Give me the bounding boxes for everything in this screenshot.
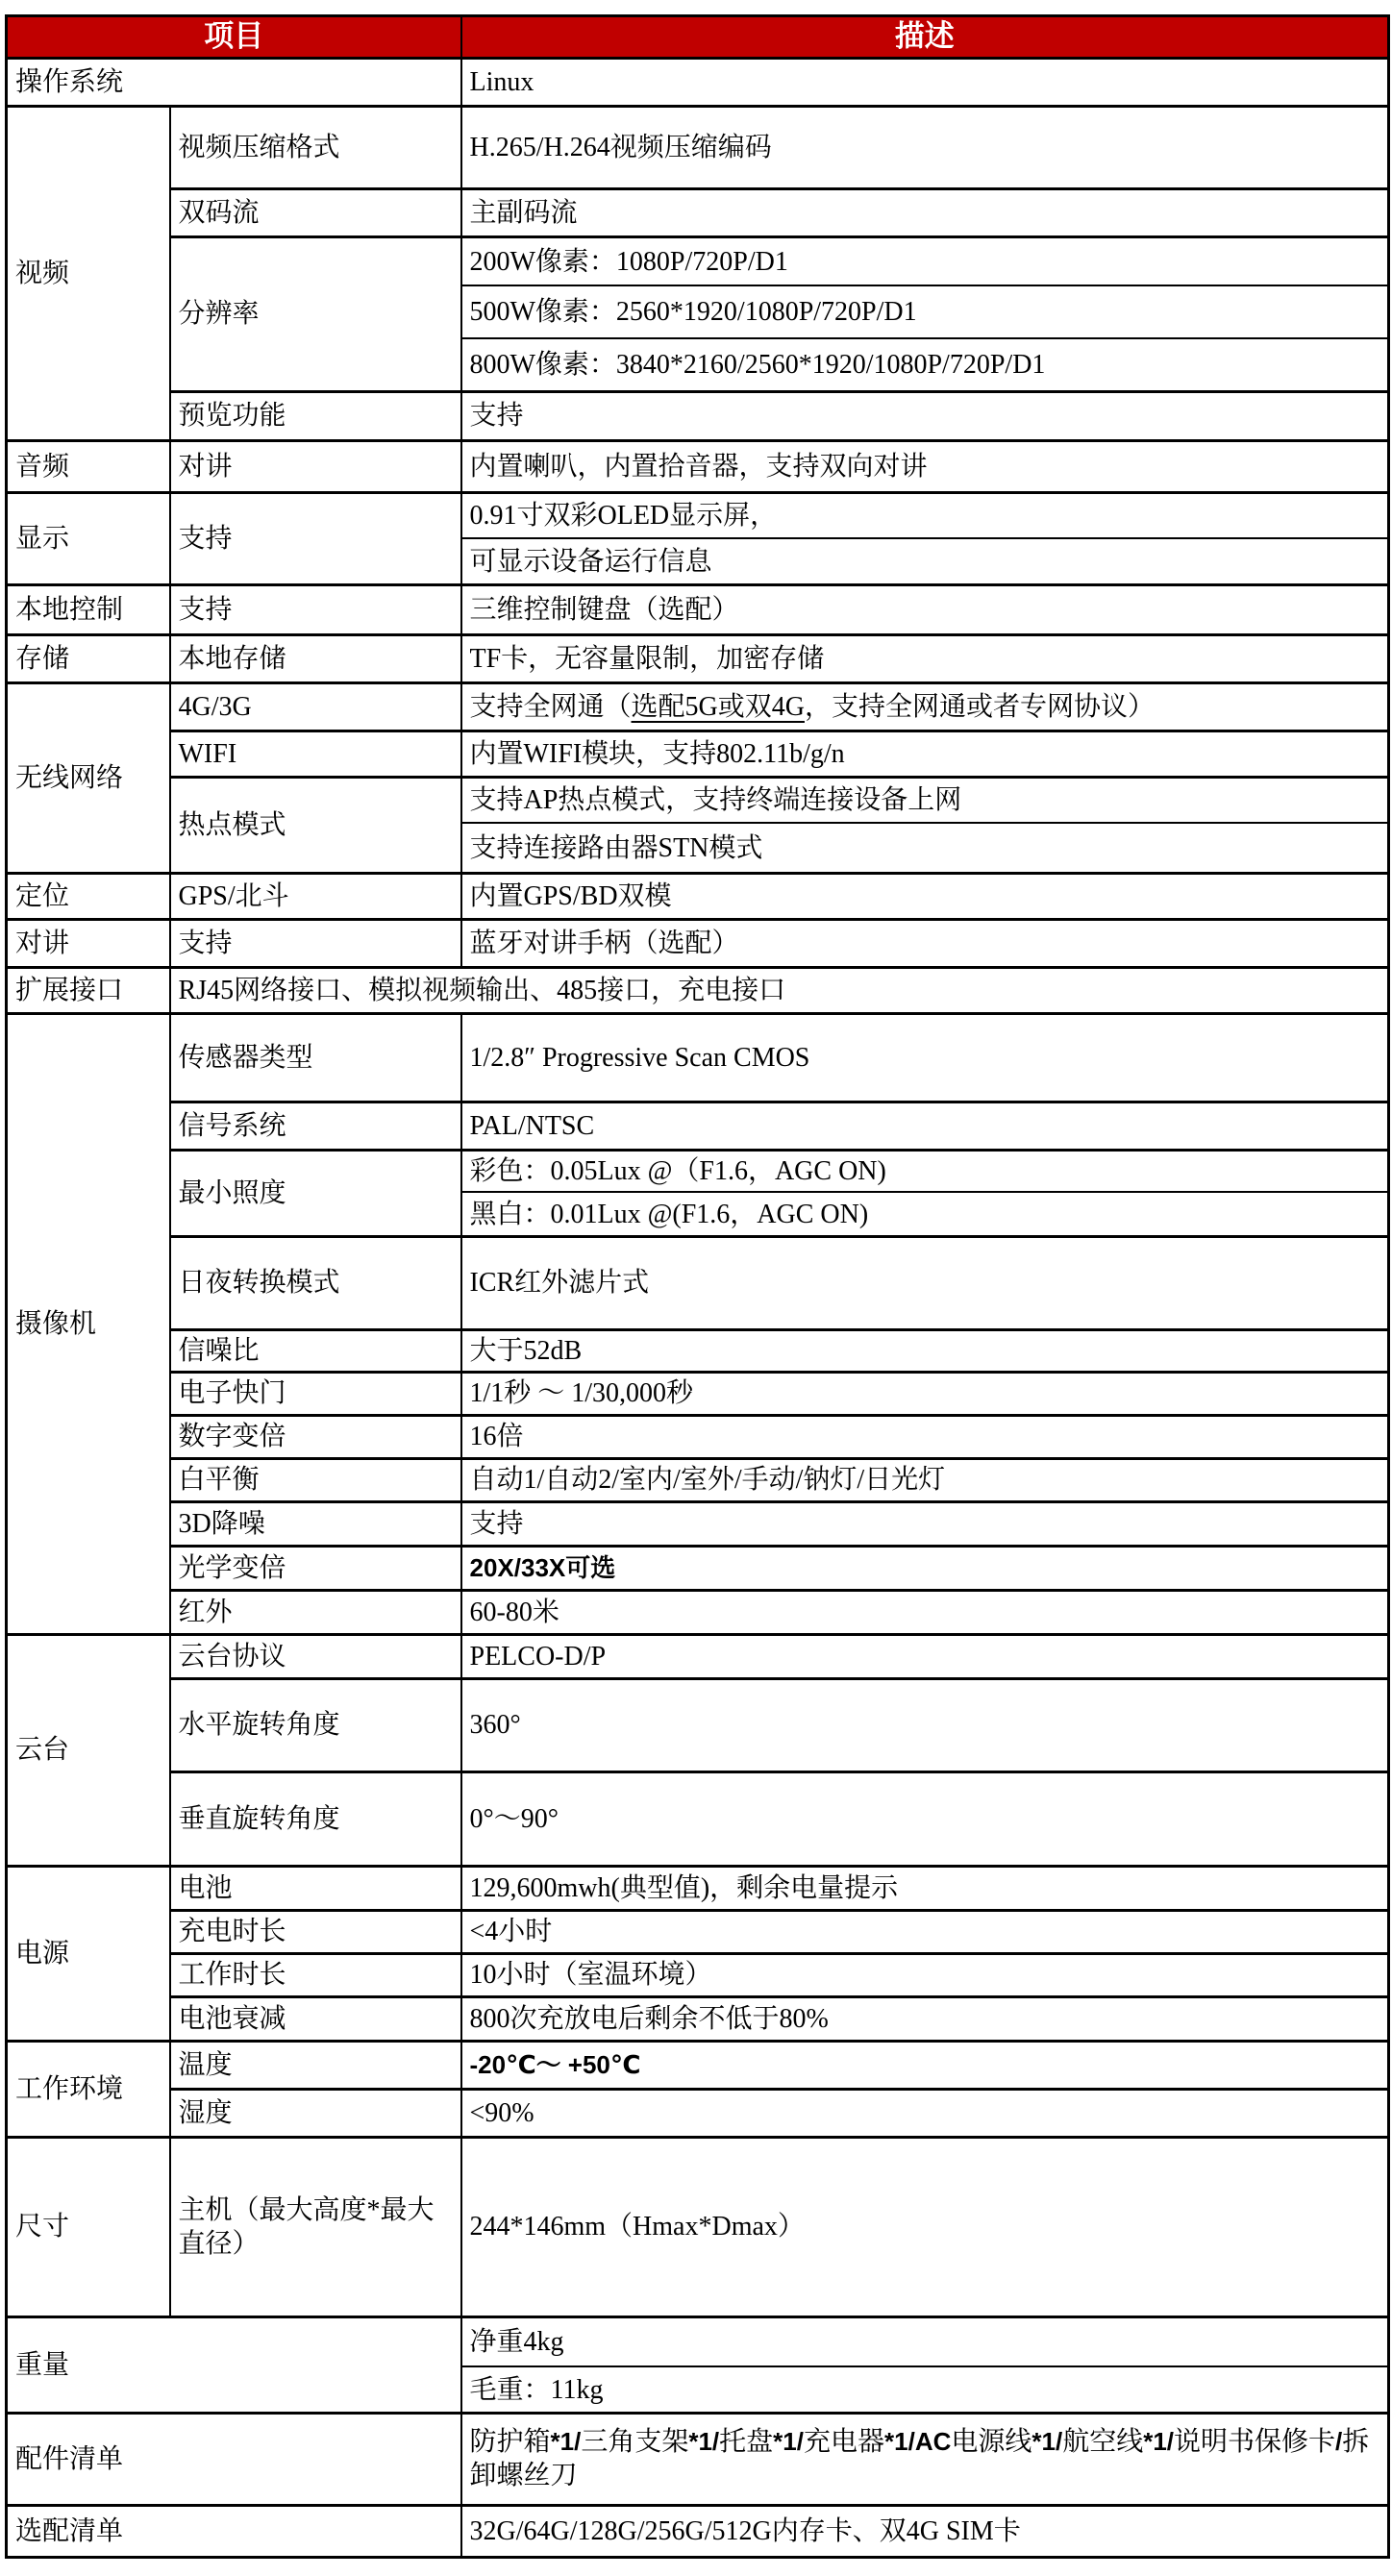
cell-ptz-protocol-label: 云台协议 <box>170 1634 461 1678</box>
row-positioning: 定位 GPS/北斗 内置GPS/BD双模 <box>7 873 1389 919</box>
cell-hotspot-desc-line2: 支持连接路由器STN模式 <box>461 823 1389 873</box>
cell-charge-time-desc: <4小时 <box>461 1910 1389 1953</box>
cell-battery-desc: 129,600mwh(典型值)，剩余电量提示 <box>461 1866 1389 1910</box>
cell-digital-zoom-label: 数字变倍 <box>170 1415 461 1458</box>
row-wireless-hotspot-line1: 热点模式 支持AP热点模式，支持终端连接设备上网 <box>7 777 1389 823</box>
cell-resolution-label: 分辨率 <box>170 236 461 391</box>
row-video-codec: 视频 视频压缩格式 H.265/H.264视频压缩编码 <box>7 106 1389 188</box>
cell-ptz-group: 云台 <box>7 1634 170 1866</box>
cell-battery-label: 电池 <box>170 1866 461 1910</box>
cell-wireless-group: 无线网络 <box>7 682 170 873</box>
cell-optional-desc: 32G/64G/128G/256G/512G内存卡、双4G SIM卡 <box>461 2505 1389 2557</box>
cell-digital-zoom-desc: 16倍 <box>461 1415 1389 1458</box>
cell-optional-label: 选配清单 <box>7 2505 461 2557</box>
row-camera-3d-noise: 3D降噪 支持 <box>7 1501 1389 1546</box>
cell-optical-zoom-desc: 20X/33X可选 <box>461 1546 1389 1590</box>
cell-storage-group: 存储 <box>7 634 170 682</box>
cell-gps-label: GPS/北斗 <box>170 873 461 919</box>
cell-infrared-label: 红外 <box>170 1590 461 1634</box>
cell-signal-desc: PAL/NTSC <box>461 1102 1389 1150</box>
cell-accessories-label: 配件清单 <box>7 2413 461 2505</box>
row-env-humidity: 湿度 <90% <box>7 2089 1389 2137</box>
cell-video-group: 视频 <box>7 106 170 440</box>
row-weight-net: 重量 净重4kg <box>7 2316 1389 2366</box>
cell-storage-desc: TF卡，无容量限制，加密存储 <box>461 634 1389 682</box>
cell-ptz-protocol-desc: PELCO-D/P <box>461 1634 1389 1678</box>
cell-os-label: 操作系统 <box>7 58 461 106</box>
cell-resolution-500w: 500W像素：2560*1920/1080P/720P/D1 <box>461 285 1389 338</box>
cell-resolution-800w: 800W像素：3840*2160/2560*1920/1080P/720P/D1 <box>461 338 1389 391</box>
cell-day-night-label: 日夜转换模式 <box>170 1236 461 1329</box>
cell-signal-label: 信号系统 <box>170 1102 461 1150</box>
cell-weight-gross: 毛重：11kg <box>461 2366 1389 2413</box>
row-video-preview: 预览功能 支持 <box>7 391 1389 440</box>
cell-illumination-label: 最小照度 <box>170 1150 461 1236</box>
cell-wifi-desc: 内置WIFI模块，支持802.11b/g/n <box>461 731 1389 777</box>
cell-local-control-label: 支持 <box>170 584 461 634</box>
row-resolution-200w: 分辨率 200W像素：1080P/720P/D1 <box>7 236 1389 285</box>
row-camera-illumination-line1: 最小照度 彩色：0.05Lux @（F1.6，AGC ON) <box>7 1150 1389 1192</box>
cell-accessories-desc: 防护箱*1/三角支架*1/托盘*1/充电器*1/AC电源线*1/航空线*1/说明… <box>461 2413 1389 2505</box>
cell-shutter-desc: 1/1秒 ～ 1/30,000秒 <box>461 1372 1389 1415</box>
cell-display-desc-line2: 可显示设备运行信息 <box>461 538 1389 584</box>
cell-infrared-desc: 60-80米 <box>461 1590 1389 1634</box>
cell-sensor-label: 传感器类型 <box>170 1013 461 1102</box>
row-env-temperature: 工作环境 温度 -20℃～ +50℃ <box>7 2041 1389 2089</box>
row-camera-sensor: 摄像机 传感器类型 1/2.8″ Progressive Scan CMOS <box>7 1013 1389 1102</box>
row-video-dual-stream: 双码流 主副码流 <box>7 188 1389 236</box>
cell-3d-noise-desc: 支持 <box>461 1501 1389 1546</box>
cell-work-time-label: 工作时长 <box>170 1953 461 1996</box>
cell-wifi-label: WIFI <box>170 731 461 777</box>
cell-audio-group: 音频 <box>7 440 170 492</box>
row-local-control: 本地控制 支持 三维控制键盘（选配） <box>7 584 1389 634</box>
row-os: 操作系统 Linux <box>7 58 1389 106</box>
cell-temperature-desc: -20℃～ +50℃ <box>461 2041 1389 2089</box>
row-camera-shutter: 电子快门 1/1秒 ～ 1/30,000秒 <box>7 1372 1389 1415</box>
cell-hotspot-desc-line1: 支持AP热点模式，支持终端连接设备上网 <box>461 777 1389 823</box>
cell-humidity-label: 湿度 <box>170 2089 461 2137</box>
cell-sensor-desc: 1/2.8″ Progressive Scan CMOS <box>461 1013 1389 1102</box>
cell-video-codec-label: 视频压缩格式 <box>170 106 461 188</box>
cell-video-codec-desc: H.265/H.264视频压缩编码 <box>461 106 1389 188</box>
cell-shutter-label: 电子快门 <box>170 1372 461 1415</box>
cell-day-night-desc: ICR红外滤片式 <box>461 1236 1389 1329</box>
row-camera-day-night: 日夜转换模式 ICR红外滤片式 <box>7 1236 1389 1329</box>
cell-audio-talk-label: 对讲 <box>170 440 461 492</box>
row-intercom: 对讲 支持 蓝牙对讲手柄（选配） <box>7 919 1389 967</box>
cell-camera-group: 摄像机 <box>7 1013 170 1634</box>
cell-humidity-desc: <90% <box>461 2089 1389 2137</box>
cell-expansion-desc: RJ45网络接口、模拟视频输出、485接口，充电接口 <box>170 967 1389 1013</box>
cell-os-desc: Linux <box>461 58 1389 106</box>
row-storage: 存储 本地存储 TF卡，无容量限制，加密存储 <box>7 634 1389 682</box>
row-camera-optical-zoom: 光学变倍 20X/33X可选 <box>7 1546 1389 1590</box>
cell-ptz-pan-desc: 360° <box>461 1678 1389 1771</box>
cell-display-desc-line1: 0.91寸双彩OLED显示屏， <box>461 492 1389 538</box>
cell-snr-desc: 大于52dB <box>461 1329 1389 1372</box>
row-expansion: 扩展接口 RJ45网络接口、模拟视频输出、485接口，充电接口 <box>7 967 1389 1013</box>
cell-battery-decay-desc: 800次充放电后剩余不低于80% <box>461 1996 1389 2041</box>
cell-display-group: 显示 <box>7 492 170 584</box>
cell-cellular-desc: 支持全网通（选配5G或双4G，支持全网通或者专网协议） <box>461 682 1389 731</box>
row-dimensions: 尺寸 主机（最大高度*最大直径） 244*146mm（Hmax*Dmax） <box>7 2137 1389 2316</box>
cell-env-group: 工作环境 <box>7 2041 170 2137</box>
cell-optical-zoom-label: 光学变倍 <box>170 1546 461 1590</box>
header-desc: 描述 <box>461 16 1389 59</box>
cell-gps-desc: 内置GPS/BD双模 <box>461 873 1389 919</box>
cell-illumination-bw: 黑白：0.01Lux @(F1.6，AGC ON) <box>461 1192 1389 1236</box>
spec-table: 项目 描述 操作系统 Linux 视频 视频压缩格式 H.265/H.264视频… <box>5 14 1390 2559</box>
cell-weight-net: 净重4kg <box>461 2316 1389 2366</box>
header-item: 项目 <box>7 16 461 59</box>
cell-positioning-group: 定位 <box>7 873 170 919</box>
cell-dual-stream-label: 双码流 <box>170 188 461 236</box>
row-display-line1: 显示 支持 0.91寸双彩OLED显示屏， <box>7 492 1389 538</box>
row-camera-digital-zoom: 数字变倍 16倍 <box>7 1415 1389 1458</box>
row-optional: 选配清单 32G/64G/128G/256G/512G内存卡、双4G SIM卡 <box>7 2505 1389 2557</box>
table-header-row: 项目 描述 <box>7 16 1389 59</box>
cell-white-balance-label: 白平衡 <box>170 1458 461 1501</box>
cell-dual-stream-desc: 主副码流 <box>461 188 1389 236</box>
cell-intercom-group: 对讲 <box>7 919 170 967</box>
cell-local-control-group: 本地控制 <box>7 584 170 634</box>
row-ptz-protocol: 云台 云台协议 PELCO-D/P <box>7 1634 1389 1678</box>
row-power-charge-time: 充电时长 <4小时 <box>7 1910 1389 1953</box>
cell-ptz-tilt-desc: 0°～90° <box>461 1771 1389 1866</box>
cell-local-control-desc: 三维控制键盘（选配） <box>461 584 1389 634</box>
cell-audio-talk-desc: 内置喇叭，内置拾音器，支持双向对讲 <box>461 440 1389 492</box>
cell-preview-desc: 支持 <box>461 391 1389 440</box>
cell-intercom-label: 支持 <box>170 919 461 967</box>
cell-temperature-label: 温度 <box>170 2041 461 2089</box>
row-power-battery-decay: 电池衰减 800次充放电后剩余不低于80% <box>7 1996 1389 2041</box>
cell-dimensions-host-label: 主机（最大高度*最大直径） <box>170 2137 461 2316</box>
cell-intercom-desc: 蓝牙对讲手柄（选配） <box>461 919 1389 967</box>
cell-white-balance-desc: 自动1/自动2/室内/室外/手动/钠灯/日光灯 <box>461 1458 1389 1501</box>
row-camera-snr: 信噪比 大于52dB <box>7 1329 1389 1372</box>
row-ptz-pan: 水平旋转角度 360° <box>7 1678 1389 1771</box>
cell-cellular-label: 4G/3G <box>170 682 461 731</box>
row-ptz-tilt: 垂直旋转角度 0°～90° <box>7 1771 1389 1866</box>
cell-charge-time-label: 充电时长 <box>170 1910 461 1953</box>
cell-preview-label: 预览功能 <box>170 391 461 440</box>
row-audio: 音频 对讲 内置喇叭，内置拾音器，支持双向对讲 <box>7 440 1389 492</box>
cell-ptz-tilt-label: 垂直旋转角度 <box>170 1771 461 1866</box>
cell-ptz-pan-label: 水平旋转角度 <box>170 1678 461 1771</box>
cell-weight-group: 重量 <box>7 2316 461 2413</box>
cell-battery-decay-label: 电池衰减 <box>170 1996 461 2041</box>
row-camera-signal: 信号系统 PAL/NTSC <box>7 1102 1389 1150</box>
cell-work-time-desc: 10小时（室温环境） <box>461 1953 1389 1996</box>
row-accessories: 配件清单 防护箱*1/三角支架*1/托盘*1/充电器*1/AC电源线*1/航空线… <box>7 2413 1389 2505</box>
cell-power-group: 电源 <box>7 1866 170 2041</box>
cell-resolution-200w: 200W像素：1080P/720P/D1 <box>461 236 1389 285</box>
row-power-battery: 电源 电池 129,600mwh(典型值)，剩余电量提示 <box>7 1866 1389 1910</box>
cell-snr-label: 信噪比 <box>170 1329 461 1372</box>
cell-hotspot-label: 热点模式 <box>170 777 461 873</box>
row-wireless-wifi: WIFI 内置WIFI模块，支持802.11b/g/n <box>7 731 1389 777</box>
cell-expansion-label: 扩展接口 <box>7 967 170 1013</box>
cell-storage-label: 本地存储 <box>170 634 461 682</box>
cell-dimensions-host-desc: 244*146mm（Hmax*Dmax） <box>461 2137 1389 2316</box>
row-camera-white-balance: 白平衡 自动1/自动2/室内/室外/手动/钠灯/日光灯 <box>7 1458 1389 1501</box>
cell-display-support-label: 支持 <box>170 492 461 584</box>
cell-3d-noise-label: 3D降噪 <box>170 1501 461 1546</box>
cell-dimensions-group: 尺寸 <box>7 2137 170 2316</box>
row-wireless-cellular: 无线网络 4G/3G 支持全网通（选配5G或双4G，支持全网通或者专网协议） <box>7 682 1389 731</box>
cell-illumination-color: 彩色：0.05Lux @（F1.6，AGC ON) <box>461 1150 1389 1192</box>
row-camera-infrared: 红外 60-80米 <box>7 1590 1389 1634</box>
row-power-work-time: 工作时长 10小时（室温环境） <box>7 1953 1389 1996</box>
